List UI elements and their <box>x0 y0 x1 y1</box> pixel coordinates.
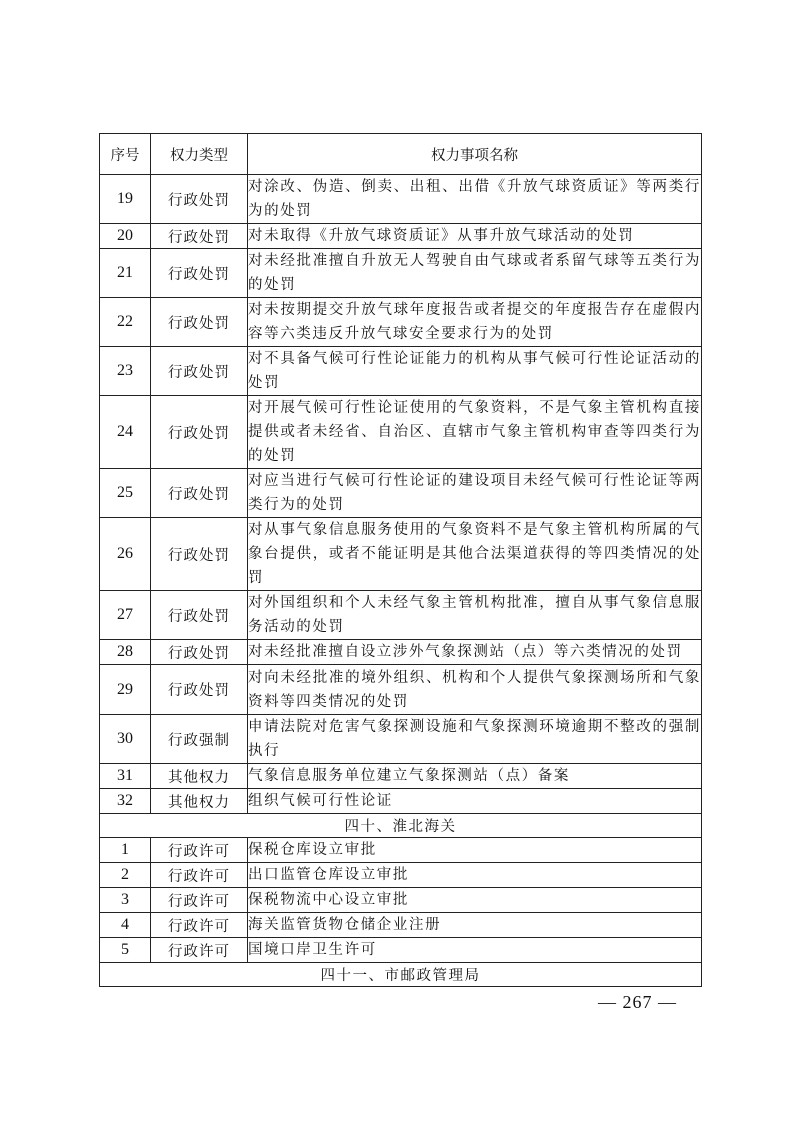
cell-power-type: 行政处罚 <box>151 665 248 715</box>
table-row: 5行政许可国境口岸卫生许可 <box>100 938 702 963</box>
cell-serial-number: 29 <box>100 665 151 715</box>
document-page: 序号 权力类型 权力事项名称 19行政处罚对涂改、伪造、倒卖、出租、出借《升放气… <box>0 0 793 1122</box>
cell-serial-number: 23 <box>100 347 151 396</box>
cell-power-type: 行政处罚 <box>151 640 248 665</box>
table-body-meteorology: 19行政处罚对涂改、伪造、倒卖、出租、出借《升放气球资质证》等两类行为的处罚20… <box>100 175 702 814</box>
table-row: 3行政许可保税物流中心设立审批 <box>100 888 702 913</box>
table-row: 20行政处罚对未取得《升放气球资质证》从事升放气球活动的处罚 <box>100 224 702 249</box>
cell-power-item-name: 对开展气候可行性论证使用的气象资料，不是气象主管机构直接提供或者未经省、自治区、… <box>248 396 702 469</box>
table-section-41: 四十一、市邮政管理局 <box>100 963 702 987</box>
cell-power-item-name: 申请法院对危害气象探测设施和气象探测环境逾期不整改的强制执行 <box>248 715 702 764</box>
cell-serial-number: 31 <box>100 764 151 789</box>
page-number: — 267 — <box>598 992 677 1013</box>
cell-power-type: 其他权力 <box>151 789 248 814</box>
table-row: 28行政处罚对未经批准擅自设立涉外气象探测站（点）等六类情况的处罚 <box>100 640 702 665</box>
cell-power-type: 行政许可 <box>151 863 248 888</box>
cell-power-item-name: 对未经批准擅自升放无人驾驶自由气球或者系留气球等五类行为的处罚 <box>248 249 702 298</box>
cell-power-type: 行政许可 <box>151 913 248 938</box>
cell-power-type: 行政许可 <box>151 888 248 913</box>
table-row: 31其他权力气象信息服务单位建立气象探测站（点）备案 <box>100 764 702 789</box>
table-row: 32其他权力组织气候可行性论证 <box>100 789 702 814</box>
cell-serial-number: 21 <box>100 249 151 298</box>
cell-power-item-name: 组织气候可行性论证 <box>248 789 702 814</box>
cell-power-item-name: 国境口岸卫生许可 <box>248 938 702 963</box>
cell-power-item-name: 对外国组织和个人未经气象主管机构批准，擅自从事气象信息服务活动的处罚 <box>248 591 702 640</box>
cell-power-item-name: 对未按期提交升放气球年度报告或者提交的年度报告存在虚假内容等六类违反升放气球安全… <box>248 298 702 347</box>
table-row: 2行政许可出口监管仓库设立审批 <box>100 863 702 888</box>
cell-power-item-name: 对未经批准擅自设立涉外气象探测站（点）等六类情况的处罚 <box>248 640 702 665</box>
cell-power-type: 行政处罚 <box>151 396 248 469</box>
cell-serial-number: 2 <box>100 863 151 888</box>
section-row: 四十一、市邮政管理局 <box>100 963 702 987</box>
cell-power-type: 行政处罚 <box>151 249 248 298</box>
cell-serial-number: 24 <box>100 396 151 469</box>
table-row: 23行政处罚对不具备气候可行性论证能力的机构从事气候可行性论证活动的处罚 <box>100 347 702 396</box>
table-row: 21行政处罚对未经批准擅自升放无人驾驶自由气球或者系留气球等五类行为的处罚 <box>100 249 702 298</box>
cell-power-type: 行政处罚 <box>151 347 248 396</box>
section-title-huaibei-customs: 四十、淮北海关 <box>100 814 702 838</box>
table-header-row: 序号 权力类型 权力事项名称 <box>100 134 702 175</box>
cell-power-type: 行政许可 <box>151 838 248 863</box>
cell-power-type: 行政处罚 <box>151 224 248 249</box>
power-list-table: 序号 权力类型 权力事项名称 19行政处罚对涂改、伪造、倒卖、出租、出借《升放气… <box>99 133 702 987</box>
header-serial-number: 序号 <box>100 134 151 175</box>
cell-power-type: 行政处罚 <box>151 591 248 640</box>
table-row: 25行政处罚对应当进行气候可行性论证的建设项目未经气候可行性论证等两类行为的处罚 <box>100 469 702 518</box>
cell-power-type: 行政处罚 <box>151 518 248 591</box>
section-row: 四十、淮北海关 <box>100 814 702 838</box>
cell-serial-number: 30 <box>100 715 151 764</box>
cell-power-type: 行政许可 <box>151 938 248 963</box>
table-row: 1行政许可保税仓库设立审批 <box>100 838 702 863</box>
cell-power-item-name: 气象信息服务单位建立气象探测站（点）备案 <box>248 764 702 789</box>
cell-power-item-name: 保税仓库设立审批 <box>248 838 702 863</box>
cell-power-item-name: 出口监管仓库设立审批 <box>248 863 702 888</box>
table-row: 22行政处罚对未按期提交升放气球年度报告或者提交的年度报告存在虚假内容等六类违反… <box>100 298 702 347</box>
cell-power-item-name: 对不具备气候可行性论证能力的机构从事气候可行性论证活动的处罚 <box>248 347 702 396</box>
table-row: 24行政处罚对开展气候可行性论证使用的气象资料，不是气象主管机构直接提供或者未经… <box>100 396 702 469</box>
cell-power-type: 其他权力 <box>151 764 248 789</box>
cell-serial-number: 5 <box>100 938 151 963</box>
cell-power-item-name: 对涂改、伪造、倒卖、出租、出借《升放气球资质证》等两类行为的处罚 <box>248 175 702 224</box>
cell-power-item-name: 对从事气象信息服务使用的气象资料不是气象主管机构所属的气象台提供，或者不能证明是… <box>248 518 702 591</box>
section-title-postal-bureau: 四十一、市邮政管理局 <box>100 963 702 987</box>
header-power-type: 权力类型 <box>151 134 248 175</box>
cell-serial-number: 1 <box>100 838 151 863</box>
table-row: 26行政处罚对从事气象信息服务使用的气象资料不是气象主管机构所属的气象台提供，或… <box>100 518 702 591</box>
cell-power-type: 行政处罚 <box>151 298 248 347</box>
cell-power-type: 行政处罚 <box>151 469 248 518</box>
cell-serial-number: 25 <box>100 469 151 518</box>
table-row: 19行政处罚对涂改、伪造、倒卖、出租、出借《升放气球资质证》等两类行为的处罚 <box>100 175 702 224</box>
cell-serial-number: 4 <box>100 913 151 938</box>
cell-power-type: 行政处罚 <box>151 175 248 224</box>
table-row: 4行政许可海关监管货物仓储企业注册 <box>100 913 702 938</box>
table-row: 29行政处罚对向未经批准的境外组织、机构和个人提供气象探测场所和气象资料等四类情… <box>100 665 702 715</box>
cell-serial-number: 27 <box>100 591 151 640</box>
cell-power-item-name: 对应当进行气候可行性论证的建设项目未经气候可行性论证等两类行为的处罚 <box>248 469 702 518</box>
cell-serial-number: 19 <box>100 175 151 224</box>
header-power-item-name: 权力事项名称 <box>248 134 702 175</box>
cell-power-type: 行政强制 <box>151 715 248 764</box>
cell-serial-number: 32 <box>100 789 151 814</box>
cell-serial-number: 26 <box>100 518 151 591</box>
table-section-40: 四十、淮北海关 <box>100 814 702 838</box>
cell-serial-number: 28 <box>100 640 151 665</box>
cell-serial-number: 3 <box>100 888 151 913</box>
cell-power-item-name: 对未取得《升放气球资质证》从事升放气球活动的处罚 <box>248 224 702 249</box>
table-row: 27行政处罚对外国组织和个人未经气象主管机构批准，擅自从事气象信息服务活动的处罚 <box>100 591 702 640</box>
cell-power-item-name: 保税物流中心设立审批 <box>248 888 702 913</box>
table-row: 30行政强制申请法院对危害气象探测设施和气象探测环境逾期不整改的强制执行 <box>100 715 702 764</box>
cell-serial-number: 20 <box>100 224 151 249</box>
cell-serial-number: 22 <box>100 298 151 347</box>
cell-power-item-name: 海关监管货物仓储企业注册 <box>248 913 702 938</box>
table-body-customs: 1行政许可保税仓库设立审批2行政许可出口监管仓库设立审批3行政许可保税物流中心设… <box>100 838 702 963</box>
cell-power-item-name: 对向未经批准的境外组织、机构和个人提供气象探测场所和气象资料等四类情况的处罚 <box>248 665 702 715</box>
